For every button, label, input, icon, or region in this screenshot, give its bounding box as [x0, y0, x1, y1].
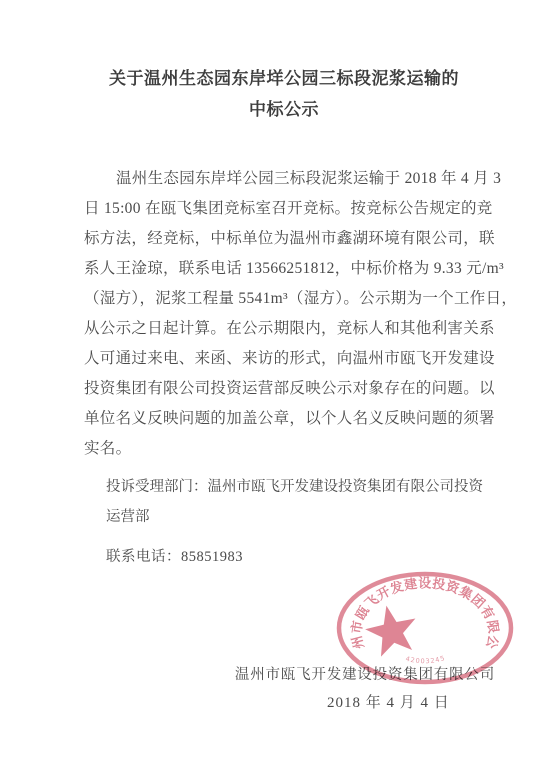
- body-paragraph: 温州生态园东岸垟公园三标段泥浆运输于 2018 年 4 月 3 日 15:00 …: [84, 164, 484, 464]
- document-page: 关于温州生态园东岸垟公园三标段泥浆运输的 中标公示 温州生态园东岸垟公园三标段泥…: [0, 0, 546, 780]
- seal-ring-label: 温州市瓯飞开发建设投资集团有限公司: [323, 550, 501, 651]
- signature-date: 2018 年 4 月 4 日: [327, 691, 450, 712]
- complaint-department-block: 投诉受理部门：温州市瓯飞开发建设投资集团有限公司投资 运营部: [106, 472, 526, 532]
- body-line: 单位名义反映问题的加盖公章，以个人名义反映问题的须署: [84, 404, 484, 434]
- body-line: 从公示之日起计算。在公示期限内，竞标人和其他利害关系: [84, 314, 484, 344]
- svg-text:温州市瓯飞开发建设投资集团有限公司: 温州市瓯飞开发建设投资集团有限公司: [323, 550, 501, 651]
- body-line: 标方法，经竞标，中标单位为温州市鑫湖环境有限公司，联: [84, 224, 484, 254]
- body-line: （湿方），泥浆工程量 5541m³（湿方）。公示期为一个工作日，: [84, 284, 484, 314]
- star-icon: [361, 600, 421, 658]
- body-line: 投资集团有限公司投资运营部反映公示对象存在的问题。以: [84, 374, 484, 404]
- contact-phone: 联系电话：85851983: [106, 545, 243, 566]
- body-line: 人可通过来电、来函、来访的形式，向温州市瓯飞开发建设: [84, 344, 484, 374]
- complaint-line-1: 投诉受理部门：温州市瓯飞开发建设投资集团有限公司投资: [106, 472, 526, 502]
- title-line-2: 中标公示: [84, 94, 484, 125]
- body-line: 实名。: [84, 434, 484, 464]
- body-line: 温州生态园东岸垟公园三标段泥浆运输于 2018 年 4 月 3: [84, 164, 484, 194]
- complaint-line-2: 运营部: [106, 502, 526, 532]
- official-seal: 温州市瓯飞开发建设投资集团有限公司 42003245: [330, 562, 520, 712]
- body-line: 日 15:00 在瓯飞集团竞标室召开竞标。按竞标公告规定的竞: [84, 194, 484, 224]
- title-line-1: 关于温州生态园东岸垟公园三标段泥浆运输的: [84, 63, 484, 94]
- body-line: 系人王淦琼，联系电话 13566251812，中标价格为 9.33 元/m³: [84, 254, 484, 284]
- document-title: 关于温州生态园东岸垟公园三标段泥浆运输的 中标公示: [84, 63, 484, 125]
- signature-company: 温州市瓯飞开发建设投资集团有限公司: [84, 663, 495, 684]
